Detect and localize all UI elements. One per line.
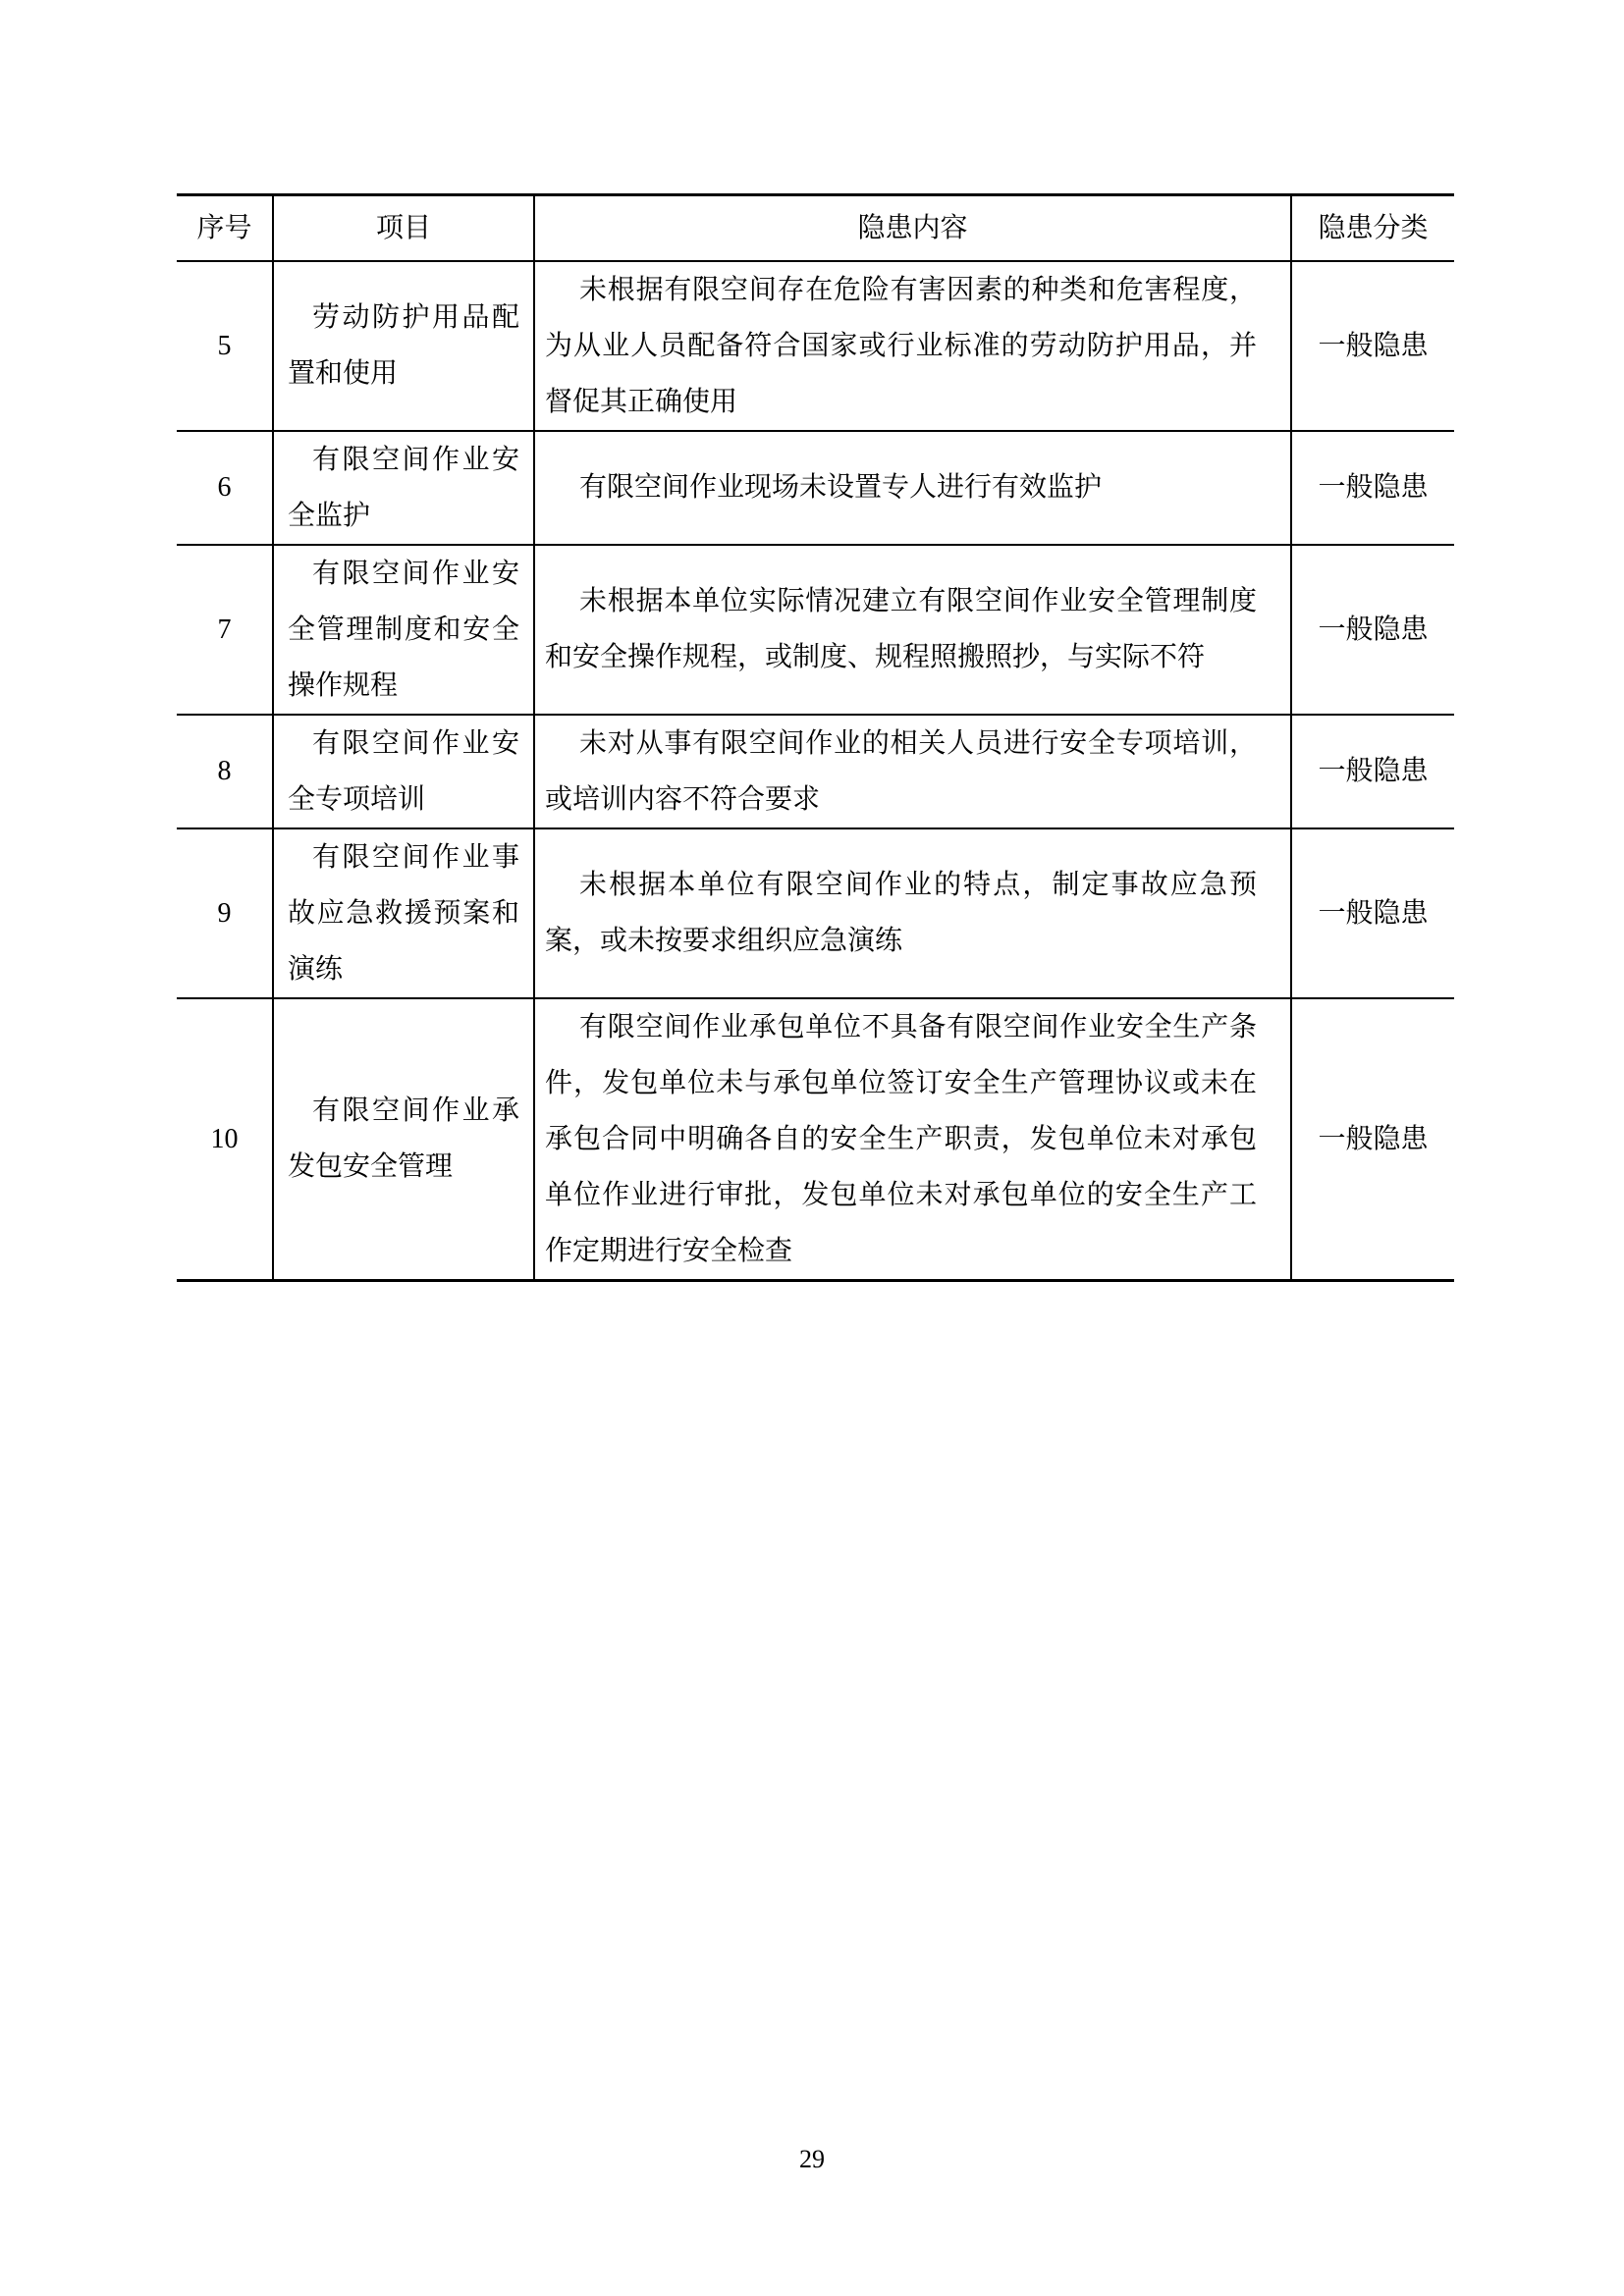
seq-cell: 5 [177,261,273,431]
item-cell: 有限空间作业承发包安全管理 [273,998,534,1281]
page-number: 29 [0,2145,1624,2174]
seq-cell: 9 [177,828,273,998]
seq-cell: 8 [177,715,273,828]
hazard-table: 序号 项目 隐患内容 隐患分类 5 劳动防护用品配置和使用 未根据有限空间存在危… [177,193,1454,1282]
document-page: 序号 项目 隐患内容 隐患分类 5 劳动防护用品配置和使用 未根据有限空间存在危… [0,0,1624,2296]
category-cell: 一般隐患 [1291,828,1454,998]
table-row: 10 有限空间作业承发包安全管理 有限空间作业承包单位不具备有限空间作业安全生产… [177,998,1454,1281]
table-header-row: 序号 项目 隐患内容 隐患分类 [177,195,1454,261]
category-cell: 一般隐患 [1291,261,1454,431]
header-content: 隐患内容 [534,195,1291,261]
content-cell: 未根据有限空间存在危险有害因素的种类和危害程度，为从业人员配备符合国家或行业标准… [534,261,1291,431]
category-cell: 一般隐患 [1291,431,1454,545]
item-cell: 有限空间作业安全监护 [273,431,534,545]
content-cell: 未对从事有限空间作业的相关人员进行安全专项培训，或培训内容不符合要求 [534,715,1291,828]
item-cell: 有限空间作业安全专项培训 [273,715,534,828]
item-cell: 有限空间作业事故应急救援预案和演练 [273,828,534,998]
item-cell: 劳动防护用品配置和使用 [273,261,534,431]
content-cell: 未根据本单位有限空间作业的特点，制定事故应急预案，或未按要求组织应急演练 [534,828,1291,998]
category-cell: 一般隐患 [1291,545,1454,715]
category-cell: 一般隐患 [1291,998,1454,1281]
category-cell: 一般隐患 [1291,715,1454,828]
table-row: 9 有限空间作业事故应急救援预案和演练 未根据本单位有限空间作业的特点，制定事故… [177,828,1454,998]
table-row: 8 有限空间作业安全专项培训 未对从事有限空间作业的相关人员进行安全专项培训，或… [177,715,1454,828]
header-seq: 序号 [177,195,273,261]
table-row: 7 有限空间作业安全管理制度和安全操作规程 未根据本单位实际情况建立有限空间作业… [177,545,1454,715]
header-item: 项目 [273,195,534,261]
content-cell: 有限空间作业现场未设置专人进行有效监护 [534,431,1291,545]
seq-cell: 7 [177,545,273,715]
content-cell: 未根据本单位实际情况建立有限空间作业安全管理制度和安全操作规程，或制度、规程照搬… [534,545,1291,715]
table-row: 5 劳动防护用品配置和使用 未根据有限空间存在危险有害因素的种类和危害程度，为从… [177,261,1454,431]
seq-cell: 10 [177,998,273,1281]
seq-cell: 6 [177,431,273,545]
content-cell: 有限空间作业承包单位不具备有限空间作业安全生产条件，发包单位未与承包单位签订安全… [534,998,1291,1281]
header-category: 隐患分类 [1291,195,1454,261]
item-cell: 有限空间作业安全管理制度和安全操作规程 [273,545,534,715]
table-row: 6 有限空间作业安全监护 有限空间作业现场未设置专人进行有效监护 一般隐患 [177,431,1454,545]
